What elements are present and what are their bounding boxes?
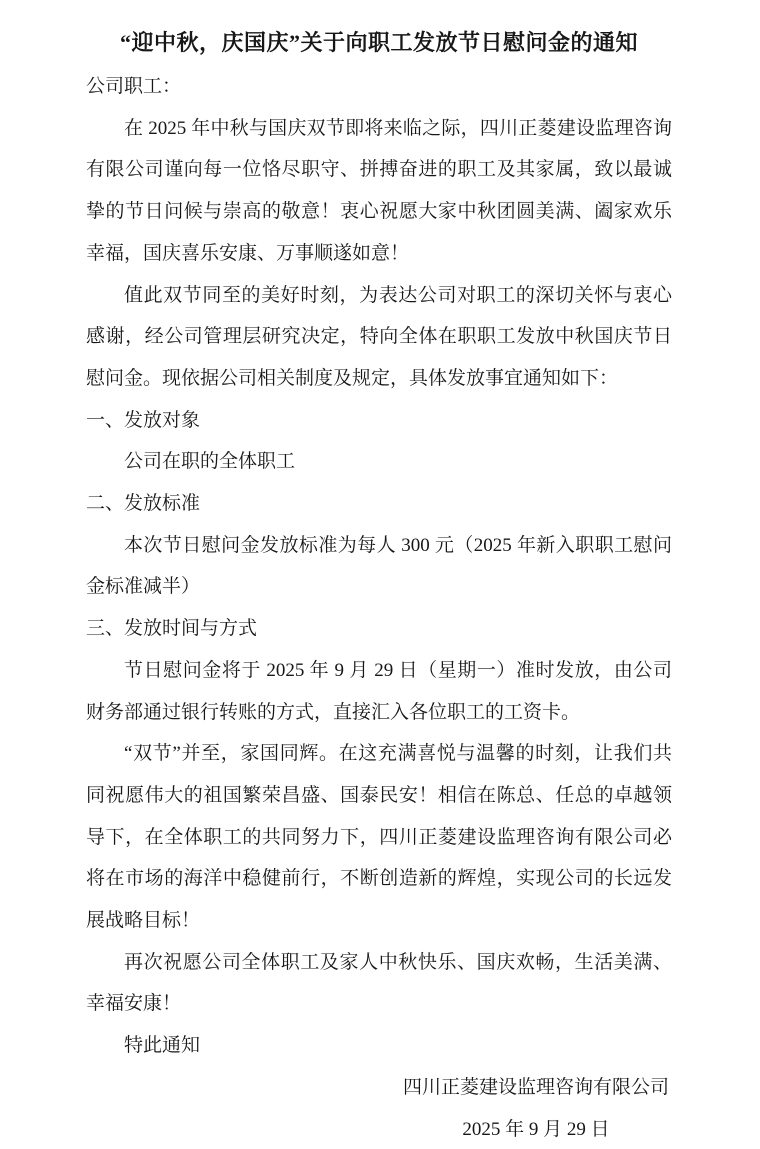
document-page: “迎中秋，庆国庆”关于向职工发放节日慰问金的通知 公司职工： 在 2025 年中…: [0, 0, 760, 1149]
paragraph: “双节”并至，家国同辉。在这充满喜悦与温馨的时刻，让我们共同祝愿伟大的祖国繁荣昌…: [86, 733, 672, 942]
paragraph: 特此通知: [86, 1025, 672, 1067]
paragraph: 值此双节同至的美好时刻，为表达公司对职工的深切关怀与衷心感谢，经公司管理层研究决…: [86, 275, 672, 400]
paragraph-list: 在 2025 年中秋与国庆双节即将来临之际，四川正菱建设监理咨询有限公司谨向每一…: [86, 108, 672, 1067]
paragraph: 在 2025 年中秋与国庆双节即将来临之际，四川正菱建设监理咨询有限公司谨向每一…: [86, 108, 672, 275]
paragraph: 再次祝愿公司全体职工及家人中秋快乐、国庆欢畅，生活美满、幸福安康！: [86, 942, 672, 1025]
signature-date: 2025 年 9 月 29 日: [403, 1109, 669, 1149]
salutation: 公司职工：: [86, 66, 672, 108]
document-body: 公司职工： 在 2025 年中秋与国庆双节即将来临之际，四川正菱建设监理咨询有限…: [86, 66, 672, 1149]
paragraph: 公司在职的全体职工: [86, 441, 672, 483]
signature-company: 四川正菱建设监理咨询有限公司: [403, 1067, 669, 1109]
section-heading: 二、发放标准: [86, 483, 672, 525]
section-heading: 三、发放时间与方式: [86, 608, 672, 650]
paragraph: 节日慰问金将于 2025 年 9 月 29 日（星期一）准时发放，由公司财务部通…: [86, 650, 672, 733]
document-title: “迎中秋，庆国庆”关于向职工发放节日慰问金的通知: [86, 24, 672, 62]
section-heading: 一、发放对象: [86, 400, 672, 442]
paragraph: 本次节日慰问金发放标准为每人 300 元（2025 年新入职职工慰问金标准减半）: [86, 525, 672, 608]
signature-block: 四川正菱建设监理咨询有限公司 2025 年 9 月 29 日: [403, 1067, 669, 1149]
